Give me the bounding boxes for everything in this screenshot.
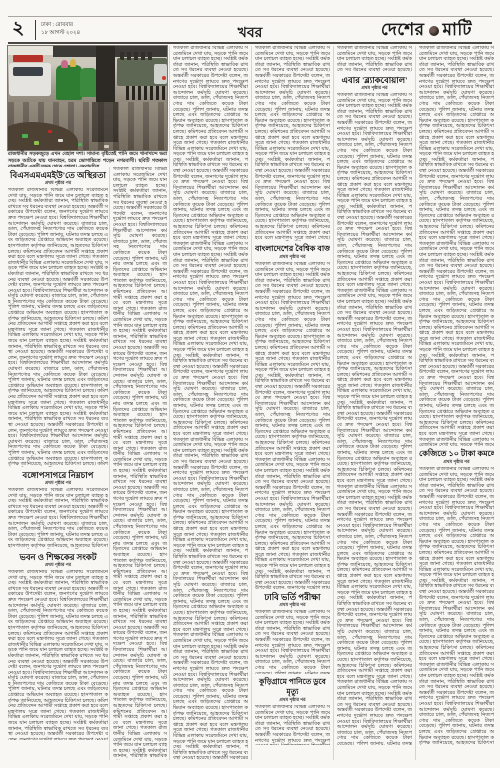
article-kicker: প্রথম পৃষ্ঠার পর	[255, 697, 330, 703]
flood-street-photo	[8, 46, 167, 150]
article-headline: এবার 'ব্ল্যাকবোয়াল'	[337, 75, 412, 85]
column-rule	[415, 46, 416, 760]
body-text: গতকাল রাজধানীর বিভিন্ন এলাকায় সরেজমিনে …	[173, 46, 248, 760]
header-bottom-rule	[8, 42, 492, 44]
photo-pillar-reflection	[92, 102, 118, 142]
photo-van-windshield	[13, 67, 43, 76]
body-text: গতকাল রাজধানীর বিভিন্ন এলাকায় সরেজমিনে …	[255, 46, 330, 241]
article-kicker: প্রথম পৃষ্ঠার পর	[337, 85, 412, 91]
photo-debris	[34, 141, 39, 145]
body-text: গতকাল রাজধানীর বিভিন্ন এলাকায় সরেজমিনে …	[113, 167, 167, 760]
body-text: গতকাল রাজধানীর বিভিন্ন এলাকায় সরেজমিনে …	[337, 93, 412, 745]
article-kicker: প্রথম পৃষ্ঠার পর	[8, 562, 108, 568]
column-5: গতকাল রাজধানীর বিভিন্ন এলাকায় সরেজমিনে …	[337, 46, 412, 760]
masthead-word-right: মাটি	[443, 17, 473, 45]
article-global-market: বাংলাদেশের বৈশ্বিক বাজার প্রথম পৃষ্ঠার প…	[255, 241, 330, 262]
body-text: গতকাল রাজধানীর বিভিন্ন এলাকায় সরেজমিনে …	[255, 705, 330, 745]
photo-passenger-2	[70, 59, 76, 67]
article-headline: ভবন ও শিক্ষকের সংকট	[8, 552, 108, 562]
article-du-admission: ঢাবি ভর্তি পরীক্ষা প্রথম পৃষ্ঠার পর	[255, 589, 330, 610]
photo-passenger	[61, 60, 68, 68]
masthead-word-left: দেশের	[381, 17, 425, 45]
photo-truck-cab	[154, 64, 167, 84]
newspaper-page: ২ ঢাকা : রোববার ১৮ আগস্ট ২০২৪ খবর দেশের …	[0, 0, 500, 768]
column-1: বিএসএমএমইউ'তে অস্থিরতা প্রথম পৃষ্ঠার পর …	[8, 167, 108, 760]
article-blackmail: এবার 'ব্ল্যাকবোয়াল' প্রথম পৃষ্ঠার পর	[337, 72, 412, 93]
photo-debris	[104, 145, 109, 148]
masthead-dot-icon	[429, 26, 439, 36]
body-text: গতকাল রাজধানীর বিভিন্ন এলাকায় সরেজমিনে …	[419, 46, 494, 446]
column-rule	[251, 46, 252, 760]
body-text: গতকাল রাজধানীর বিভিন্ন এলাকায় সরেজমিনে …	[8, 188, 108, 467]
photo-debris	[78, 143, 82, 146]
body-text: গতকাল রাজধানীর বিভিন্ন এলাকায় সরেজমিনে …	[8, 570, 108, 740]
column-rule	[333, 46, 334, 760]
body-text: গতকাল রাজধানীর বিভিন্ন এলাকায় সরেজমিনে …	[337, 46, 412, 72]
column-rule	[109, 167, 110, 760]
body-text: গতকাল রাজধানীর বিভিন্ন এলাকায় সরেজমিনে …	[419, 467, 494, 745]
masthead-logo: দেশের মাটি	[381, 17, 472, 45]
photo-debris	[22, 134, 28, 138]
article-price-drop: কেজিতে ১০ টাকা কমলো প্রথম পৃষ্ঠার পর	[419, 446, 494, 467]
photo-debris	[48, 130, 52, 133]
column-2: গতকাল রাজধানীর বিভিন্ন এলাকায় সরেজমিনে …	[113, 167, 167, 760]
photo-sky	[8, 46, 56, 55]
article-school-crisis: ভবন ও শিক্ষকের সংকট প্রথম পৃষ্ঠার পর	[8, 549, 108, 570]
article-kicker: প্রথম পৃষ্ঠার পর	[8, 180, 108, 186]
article-headline: বাংলাদেশের বৈশ্বিক বাজার	[255, 244, 330, 254]
body-text: গতকাল রাজধানীর বিভিন্ন এলাকায় সরেজমিনে …	[255, 610, 330, 674]
article-kicker: প্রথম পৃষ্ঠার পর	[419, 459, 494, 465]
article-kicker: প্রথম পৃষ্ঠার পর	[255, 254, 330, 260]
photo-people-on-truck	[120, 52, 154, 60]
body-text: গতকাল রাজধানীর বিভিন্ন এলাকায় সরেজমিনে …	[8, 488, 108, 549]
article-kicker: প্রথম পৃষ্ঠার পর	[8, 480, 108, 486]
article-bay-depression: বঙ্গোপসাগরে নিম্নচাপ প্রথম পৃষ্ঠার পর	[8, 467, 108, 488]
article-headline: বঙ্গোপসাগরে নিম্নচাপ	[8, 470, 108, 480]
photo-crowd	[126, 86, 166, 100]
photo-red-banner	[13, 55, 43, 62]
column-4: গতকাল রাজধানীর বিভিন্ন এলাকায় সরেজমিনে …	[255, 46, 330, 760]
article-headline: কেজিতে ১০ টাকা কমলো	[419, 449, 494, 459]
column-3: গতকাল রাজধানীর বিভিন্ন এলাকায় সরেজমিনে …	[173, 46, 248, 760]
article-headline: ঢাবি ভর্তি পরীক্ষা	[255, 592, 330, 602]
column-rule	[169, 46, 170, 760]
article-kicker: প্রথম পৃষ্ঠার পর	[255, 602, 330, 608]
article-bsmmu: বিএসএমএমইউ'তে অস্থিরতা প্রথম পৃষ্ঠার পর	[8, 167, 108, 188]
photo-debris	[58, 139, 63, 142]
article-headline: বিএসএমএমইউ'তে অস্থিরতা	[8, 170, 108, 180]
photo-tail-light	[162, 76, 166, 80]
column-6: গতকাল রাজধানীর বিভিন্ন এলাকায় সরেজমিনে …	[419, 46, 494, 760]
photo-dark-pillar	[96, 46, 115, 102]
body-text: গতকাল রাজধানীর বিভিন্ন এলাকায় সরেজমিনে …	[255, 262, 330, 589]
article-kurigram-drowning: কুড়িগ্রামে পানিতে ডুবে মৃত্যু প্রথম পৃষ…	[255, 674, 330, 705]
photo-green-autorickshaw	[56, 65, 82, 100]
article-headline: কুড়িগ্রামে পানিতে ডুবে মৃত্যু	[255, 677, 330, 697]
photo-green-autorickshaw-2	[80, 68, 97, 97]
